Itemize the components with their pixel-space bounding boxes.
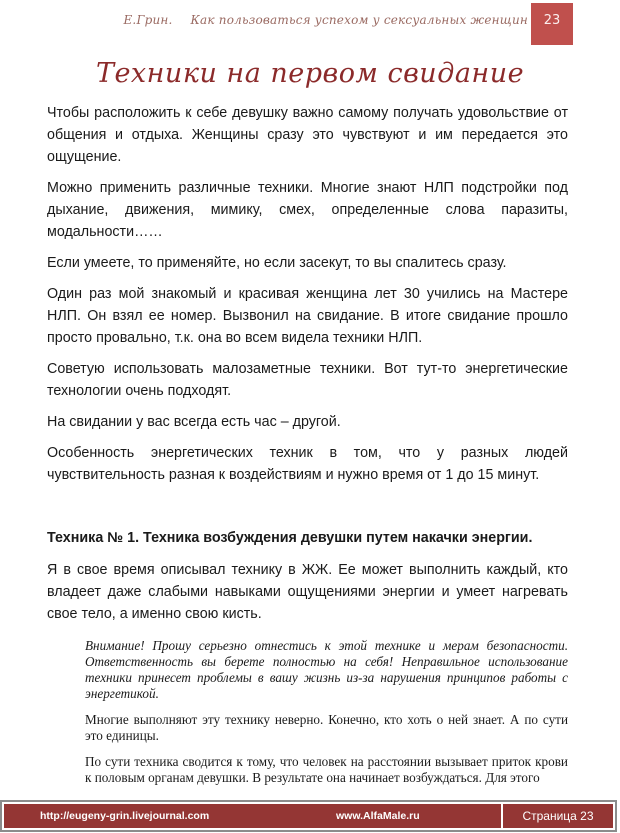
page-body: Чтобы расположить к себе девушку важно с… — [47, 102, 568, 796]
header-book-title: Как пользоваться успехом у сексуальных ж… — [191, 13, 528, 27]
header-author: Е.Грин. — [123, 13, 172, 27]
paragraph: Чтобы расположить к себе девушку важно с… — [47, 102, 568, 168]
paragraph: На свидании у вас всегда есть час – друг… — [47, 411, 568, 433]
running-header: Е.Грин. Как пользоваться успехом у сексу… — [123, 13, 528, 27]
quote-paragraph: Многие выполняют эту технику неверно. Ко… — [85, 712, 568, 744]
paragraph: Можно применить различные техники. Многи… — [47, 177, 568, 243]
footer-page-label: Страница 23 — [503, 809, 613, 823]
page-number: 23 — [544, 13, 561, 28]
section-heading: Техника № 1. Техника возбуждения девушки… — [47, 527, 568, 549]
quote-block: Внимание! Прошу серьезно отнестись к это… — [85, 638, 568, 786]
alfamale-link[interactable]: www.AlfaMale.ru — [336, 810, 420, 822]
chapter-title: Техники на первом свидание — [0, 58, 620, 89]
warning-text: Внимание! Прошу серьезно отнестись к это… — [85, 638, 568, 702]
paragraph: Особенность энергетических техник в том,… — [47, 442, 568, 486]
paragraph: Если умеете, то применяйте, но если засе… — [47, 252, 568, 274]
footer-bar: http://eugeny-grin.livejournal.com www.A… — [4, 804, 613, 828]
page-number-badge: 23 — [531, 3, 573, 45]
paragraph: Один раз мой знакомый и красивая женщина… — [47, 283, 568, 349]
paragraph: Советую использовать малозаметные техник… — [47, 358, 568, 402]
quote-paragraph: По сути техника сводится к тому, что чел… — [85, 754, 568, 786]
livejournal-link[interactable]: http://eugeny-grin.livejournal.com — [40, 810, 209, 822]
page-footer: http://eugeny-grin.livejournal.com www.A… — [0, 800, 617, 832]
paragraph: Я в свое время описывал технику в ЖЖ. Ее… — [47, 559, 568, 625]
footer-links: http://eugeny-grin.livejournal.com www.A… — [4, 804, 503, 828]
